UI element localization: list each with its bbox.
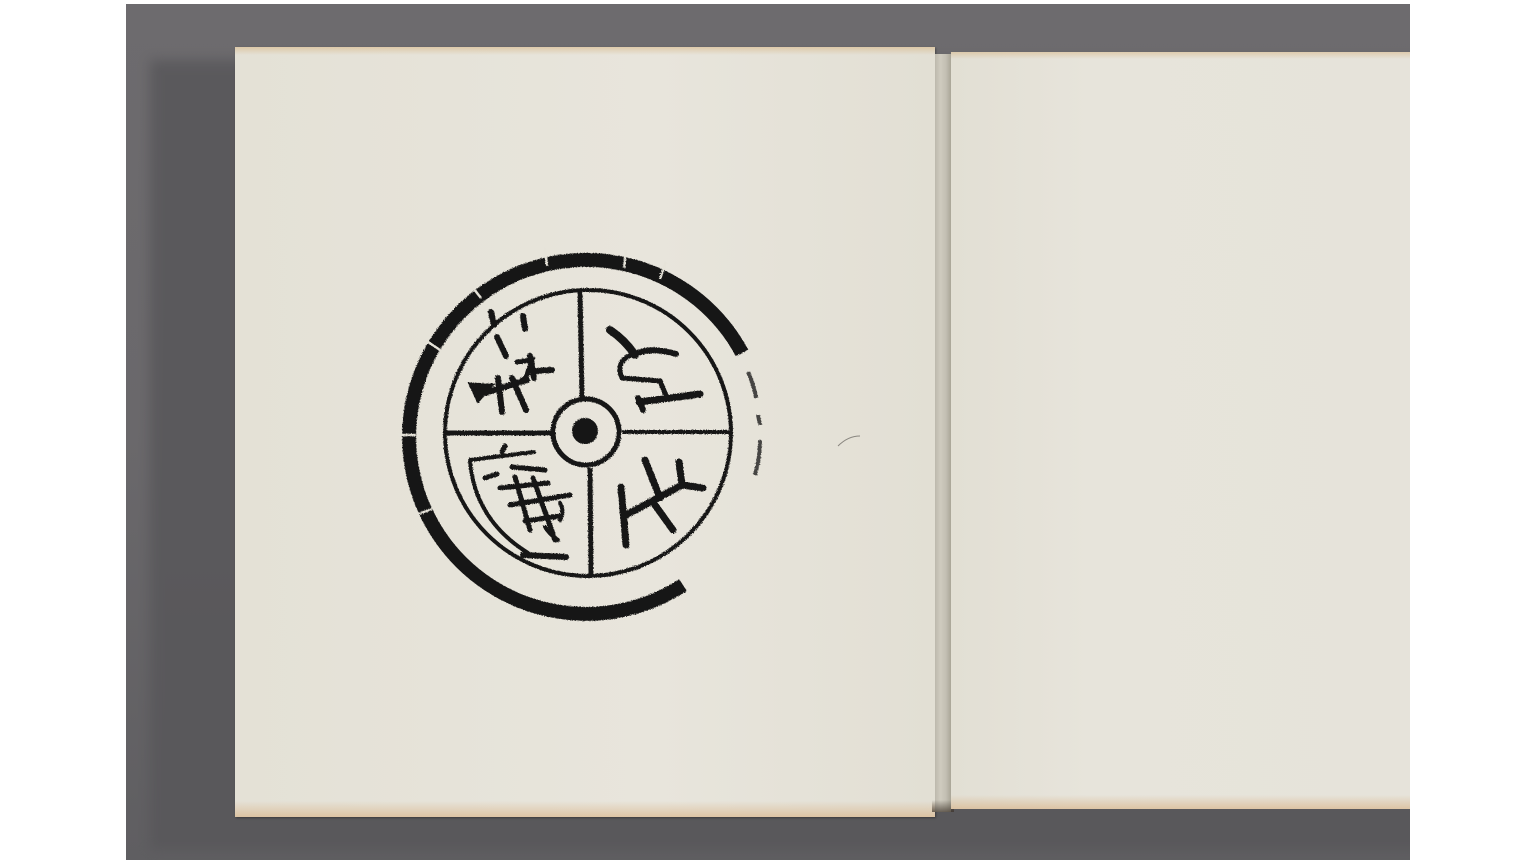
center-dot: [572, 418, 598, 444]
glyph-bottom-left: [470, 446, 570, 557]
tile-end-rubbing: [0, 0, 1536, 864]
glyph-top-right: [610, 330, 700, 410]
photo-stage: Photograph of an open album showing an i…: [0, 0, 1536, 864]
glyph-top-left: [470, 312, 552, 412]
stray-mark: [838, 436, 860, 446]
divider-top: [580, 292, 582, 398]
divider-bottom: [590, 468, 591, 575]
